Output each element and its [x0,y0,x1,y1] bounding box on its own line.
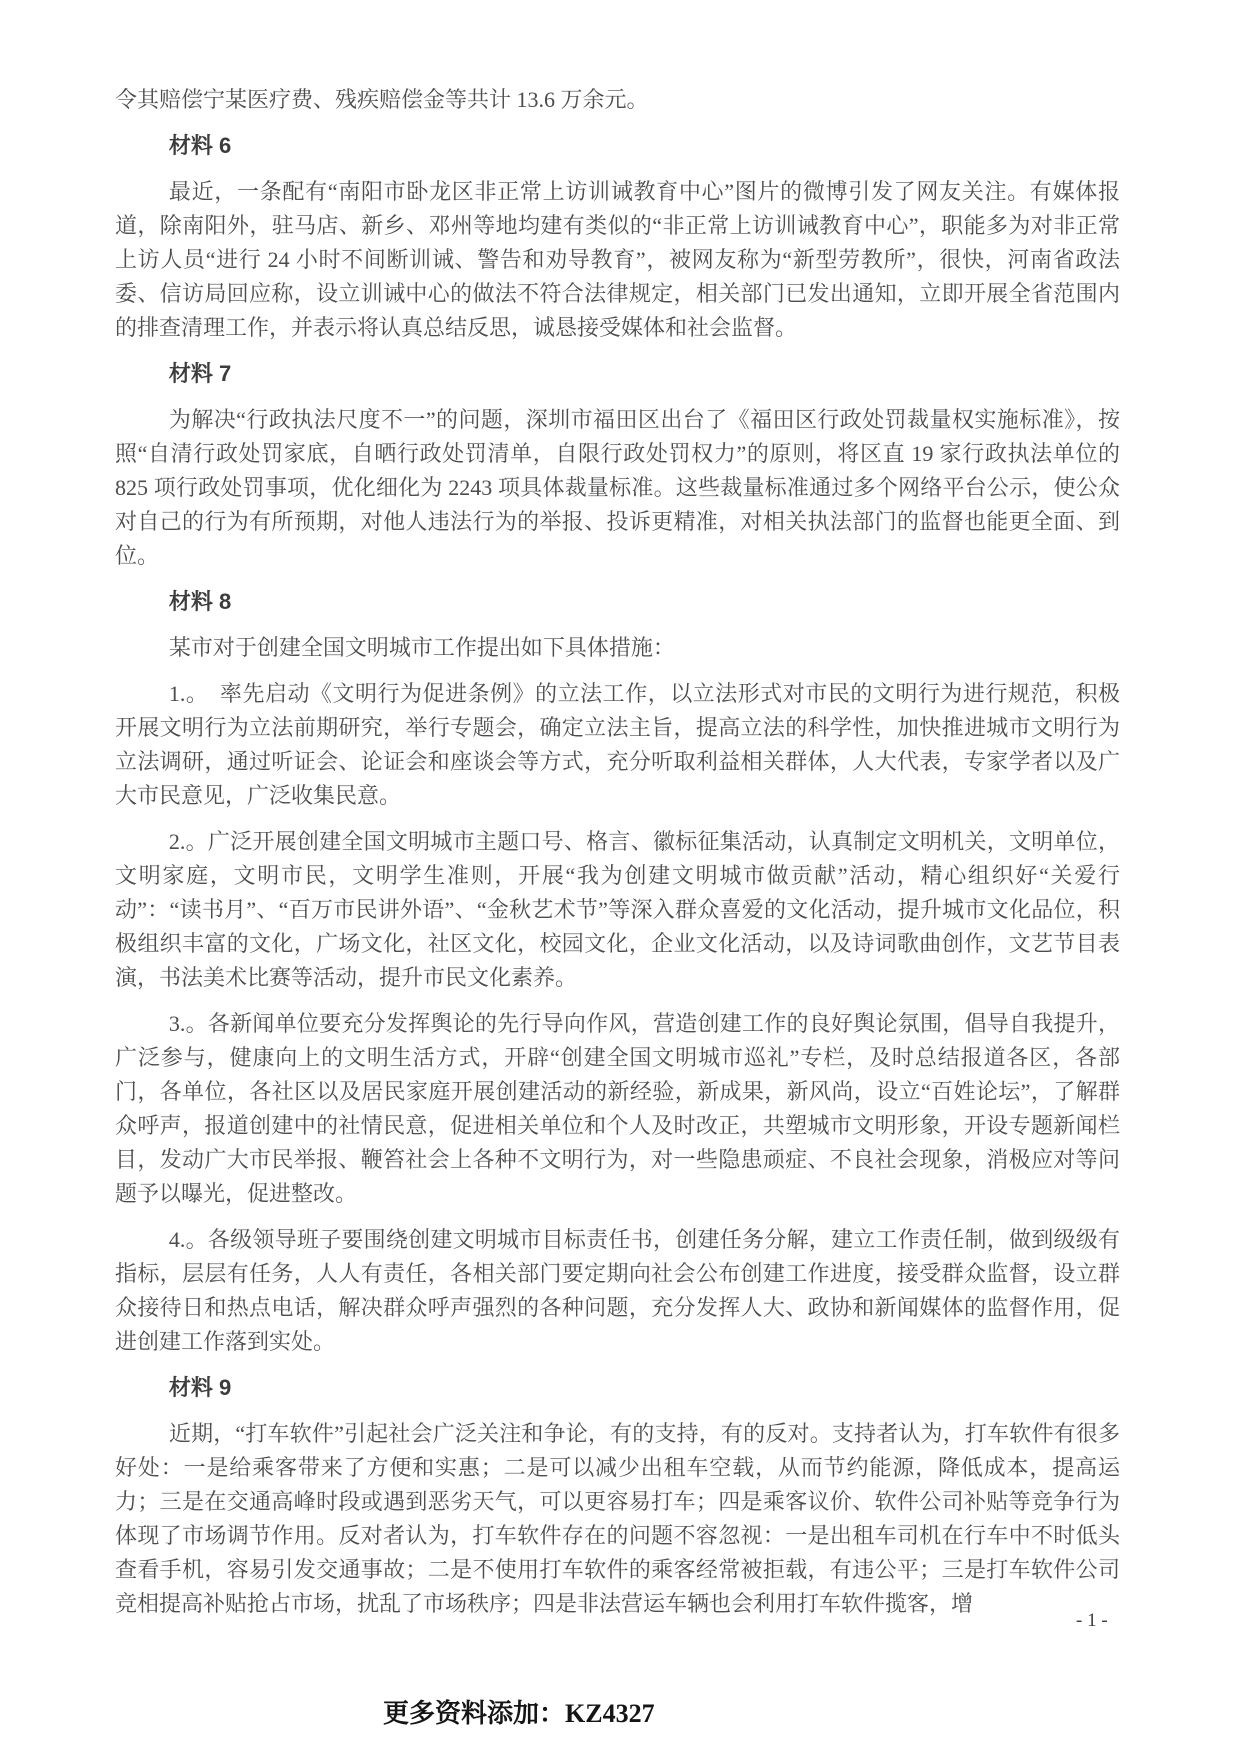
body-paragraph: 4.。各级领导班子要围绕创建文明城市目标责任书，创建任务分解，建立工作责任制，做… [115,1223,1120,1359]
body-paragraph: 某市对于创建全国文明城市工作提出如下具体措施： [115,631,1120,665]
document-body: 令其赔偿宁某医疗费、残疾赔偿金等共计 13.6 万余元。材料 6最近，一条配有“… [115,83,1120,1633]
material-heading: 材料 9 [115,1371,1120,1405]
page-number: - 1 - [1076,1608,1108,1634]
footer-note: 更多资料添加：KZ4327 [383,1697,655,1731]
body-paragraph: 近期，“打车软件”引起社会广泛关注和争论，有的支持，有的反对。支持者认为，打车软… [115,1417,1120,1621]
body-paragraph: 最近，一条配有“南阳市卧龙区非正常上访训诫教育中心”图片的微博引发了网友关注。有… [115,175,1120,345]
material-heading: 材料 7 [115,357,1120,391]
material-heading: 材料 6 [115,129,1120,163]
body-paragraph: 令其赔偿宁某医疗费、残疾赔偿金等共计 13.6 万余元。 [115,83,1120,117]
document-page: 令其赔偿宁某医疗费、残疾赔偿金等共计 13.6 万余元。材料 6最近，一条配有“… [0,0,1240,1754]
body-paragraph: 3.。各新闻单位要充分发挥舆论的先行导向作风，营造创建工作的良好舆论氛围，倡导自… [115,1007,1120,1211]
body-paragraph: 1.。 率先启动《文明行为促进条例》的立法工作，以立法形式对市民的文明行为进行规… [115,677,1120,813]
material-heading: 材料 8 [115,585,1120,619]
body-paragraph: 2.。广泛开展创建全国文明城市主题口号、格言、徽标征集活动，认真制定文明机关，文… [115,825,1120,995]
body-paragraph: 为解决“行政执法尺度不一”的问题，深圳市福田区出台了《福田区行政处罚裁量权实施标… [115,403,1120,573]
